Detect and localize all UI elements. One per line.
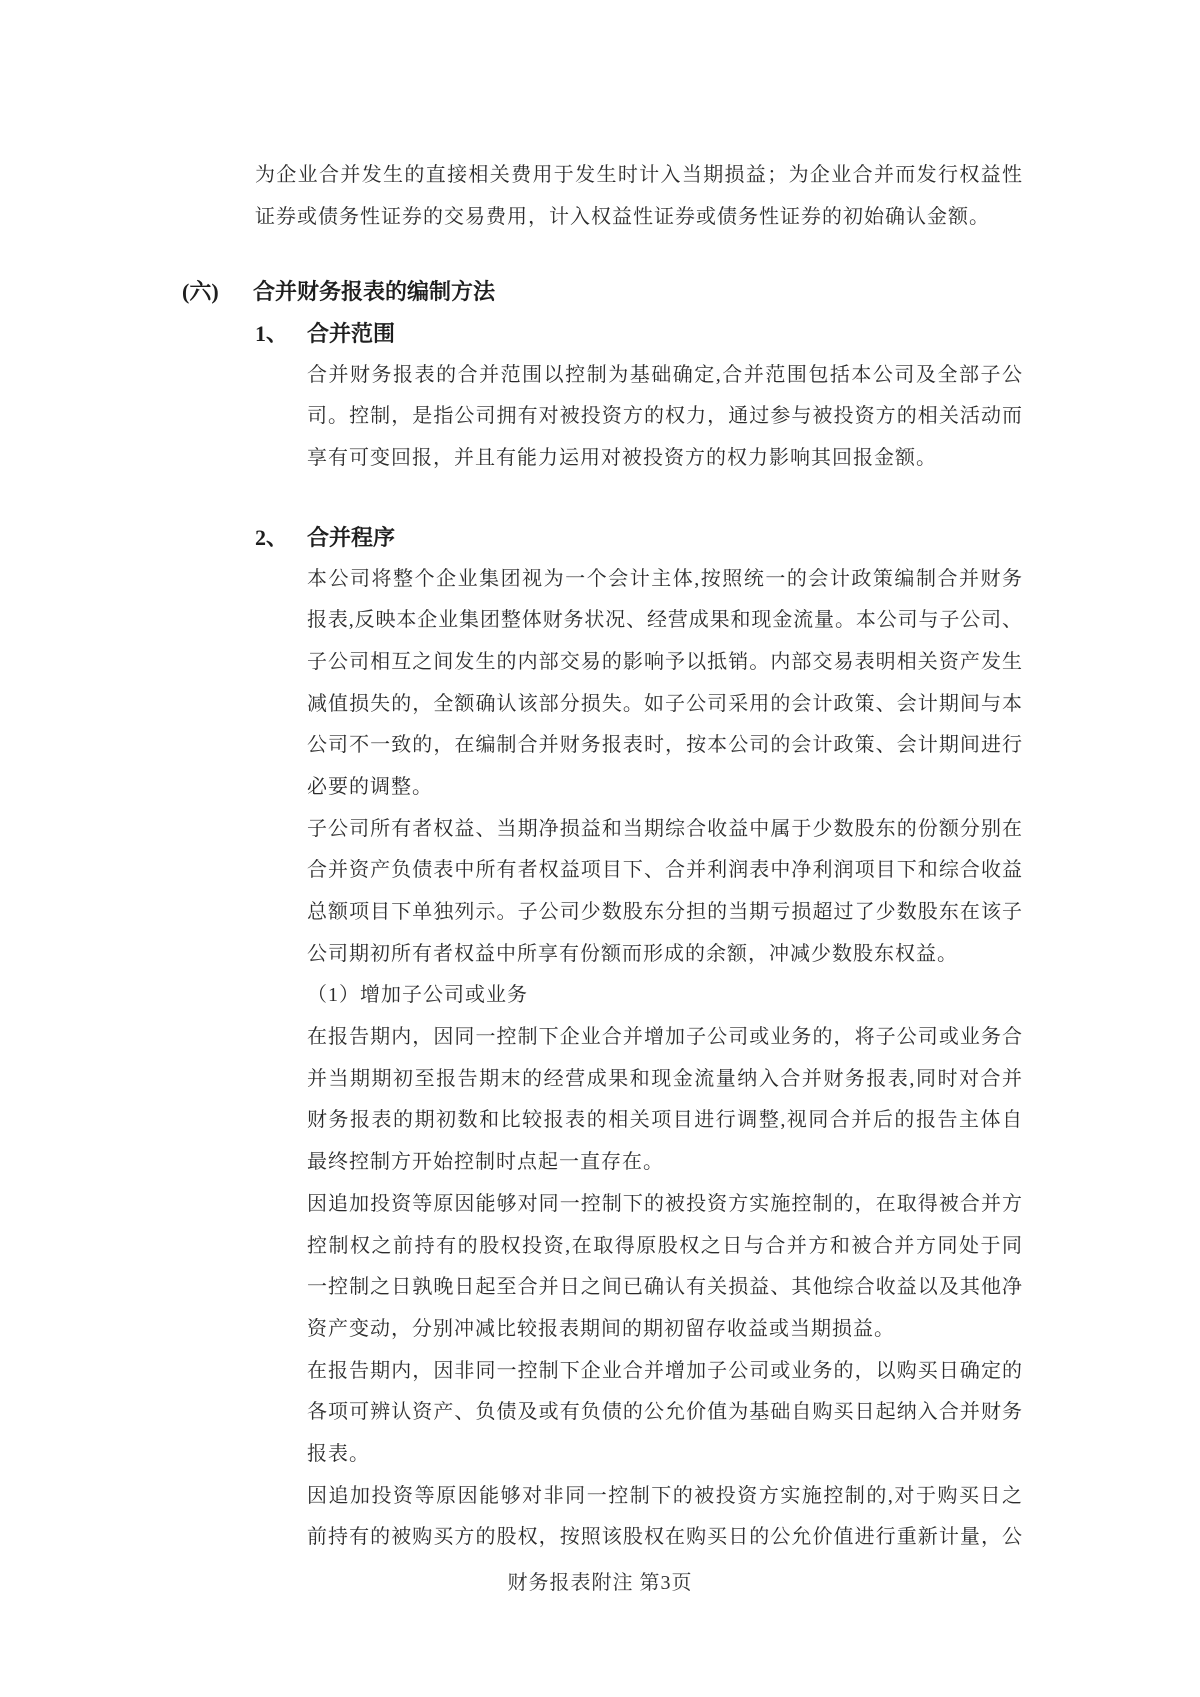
page-footer: 财务报表附注 第3页 xyxy=(0,1566,1200,1595)
text-line: 控制权之前持有的股权投资,在取得原股权之日与合并方和被合并方同处于同 xyxy=(307,1226,1022,1268)
text-line: 公司期初所有者权益中所享有份额而形成的余额，冲减少数股东权益。 xyxy=(307,934,1022,976)
subsection-2-paragraph: 本公司将整个企业集团视为一个会计主体,按照统一的会计政策编制合并财务报表,反映本… xyxy=(307,559,1022,809)
text-line: 证券或债务性证券的交易费用，计入权益性证券或债务性证券的初始确认金额。 xyxy=(255,197,1022,239)
subsection-1-heading: 1、合并范围 xyxy=(255,313,1200,355)
subsection-2-heading: 2、合并程序 xyxy=(255,517,1200,559)
text-line: 子公司所有者权益、当期净损益和当期综合收益中属于少数股东的份额分别在 xyxy=(307,809,1022,851)
text-line: 因追加投资等原因能够对同一控制下的被投资方实施控制的，在取得被合并方 xyxy=(307,1184,1022,1226)
subsection-2-title: 合并程序 xyxy=(307,525,395,550)
section-title: 合并财务报表的编制方法 xyxy=(253,279,495,304)
text-line: 前持有的被购买方的股权，按照该股权在购买日的公允价值进行重新计量，公 xyxy=(307,1517,1022,1559)
text-line: 报表。 xyxy=(307,1434,1022,1476)
text-line: 子公司相互之间发生的内部交易的影响予以抵销。内部交易表明相关资产发生 xyxy=(307,642,1022,684)
section-label: (六) xyxy=(182,271,253,313)
text-line: 享有可变回报，并且有能力运用对被投资方的权力影响其回报金额。 xyxy=(307,438,1022,480)
intro-paragraph: 为企业合并发生的直接相关费用于发生时计入当期损益；为企业合并而发行权益性证券或债… xyxy=(255,155,1022,238)
text-line: 在报告期内，因非同一控制下企业合并增加子公司或业务的，以购买日确定的 xyxy=(307,1351,1022,1393)
subsection-1-title: 合并范围 xyxy=(307,321,395,346)
text-line: 合并资产负债表中所有者权益项目下、合并利润表中净利润项目下和综合收益 xyxy=(307,850,1022,892)
subsection-2-paragraph: 因追加投资等原因能够对非同一控制下的被投资方实施控制的,对于购买日之前持有的被购… xyxy=(307,1476,1022,1559)
text-line: 因追加投资等原因能够对非同一控制下的被投资方实施控制的,对于购买日之 xyxy=(307,1476,1022,1518)
text-line: 最终控制方开始控制时点起一直存在。 xyxy=(307,1142,1022,1184)
text-line: 各项可辨认资产、负债及或有负债的公允价值为基础自购买日起纳入合并财务 xyxy=(307,1392,1022,1434)
text-line: 减值损失的，全额确认该部分损失。如子公司采用的会计政策、会计期间与本 xyxy=(307,684,1022,726)
text-line: （1）增加子公司或业务 xyxy=(307,975,1022,1017)
text-line: 财务报表的期初数和比较报表的相关项目进行调整,视同合并后的报告主体自 xyxy=(307,1100,1022,1142)
subsection-2-paragraph: 在报告期内，因同一控制下企业合并增加子公司或业务的，将子公司或业务合并当期期初至… xyxy=(307,1017,1022,1184)
section-heading: (六)合并财务报表的编制方法 xyxy=(182,271,1200,313)
text-line: 为企业合并发生的直接相关费用于发生时计入当期损益；为企业合并而发行权益性 xyxy=(255,155,1022,197)
text-line: 司。控制，是指公司拥有对被投资方的权力，通过参与被投资方的相关活动而 xyxy=(307,396,1022,438)
text-line: 在报告期内，因同一控制下企业合并增加子公司或业务的，将子公司或业务合 xyxy=(307,1017,1022,1059)
document-page: 为企业合并发生的直接相关费用于发生时计入当期损益；为企业合并而发行权益性证券或债… xyxy=(0,0,1200,1697)
subsection-2-paragraph: 在报告期内，因非同一控制下企业合并增加子公司或业务的，以购买日确定的各项可辨认资… xyxy=(307,1351,1022,1476)
subsection-2-paragraph: 因追加投资等原因能够对同一控制下的被投资方实施控制的，在取得被合并方控制权之前持… xyxy=(307,1184,1022,1351)
text-line: 公司不一致的，在编制合并财务报表时，按本公司的会计政策、会计期间进行 xyxy=(307,725,1022,767)
subsection-2-list-item-heading: （1）增加子公司或业务 xyxy=(307,975,1022,1017)
text-line: 报表,反映本企业集团整体财务状况、经营成果和现金流量。本公司与子公司、 xyxy=(307,600,1022,642)
subsection-1-number: 1、 xyxy=(255,313,307,355)
text-line: 并当期期初至报告期末的经营成果和现金流量纳入合并财务报表,同时对合并 xyxy=(307,1059,1022,1101)
text-line: 一控制之日孰晚日起至合并日之间已确认有关损益、其他综合收益以及其他净 xyxy=(307,1267,1022,1309)
text-line: 合并财务报表的合并范围以控制为基础确定,合并范围包括本公司及全部子公 xyxy=(307,355,1022,397)
subsection-2-paragraph: 子公司所有者权益、当期净损益和当期综合收益中属于少数股东的份额分别在合并资产负债… xyxy=(307,809,1022,976)
text-line: 总额项目下单独列示。子公司少数股东分担的当期亏损超过了少数股东在该子 xyxy=(307,892,1022,934)
text-line: 资产变动，分别冲减比较报表期间的期初留存收益或当期损益。 xyxy=(307,1309,1022,1351)
subsection-2-number: 2、 xyxy=(255,517,307,559)
subsection-1-paragraph: 合并财务报表的合并范围以控制为基础确定,合并范围包括本公司及全部子公司。控制，是… xyxy=(307,355,1022,480)
text-line: 本公司将整个企业集团视为一个会计主体,按照统一的会计政策编制合并财务 xyxy=(307,559,1022,601)
text-line: 必要的调整。 xyxy=(307,767,1022,809)
